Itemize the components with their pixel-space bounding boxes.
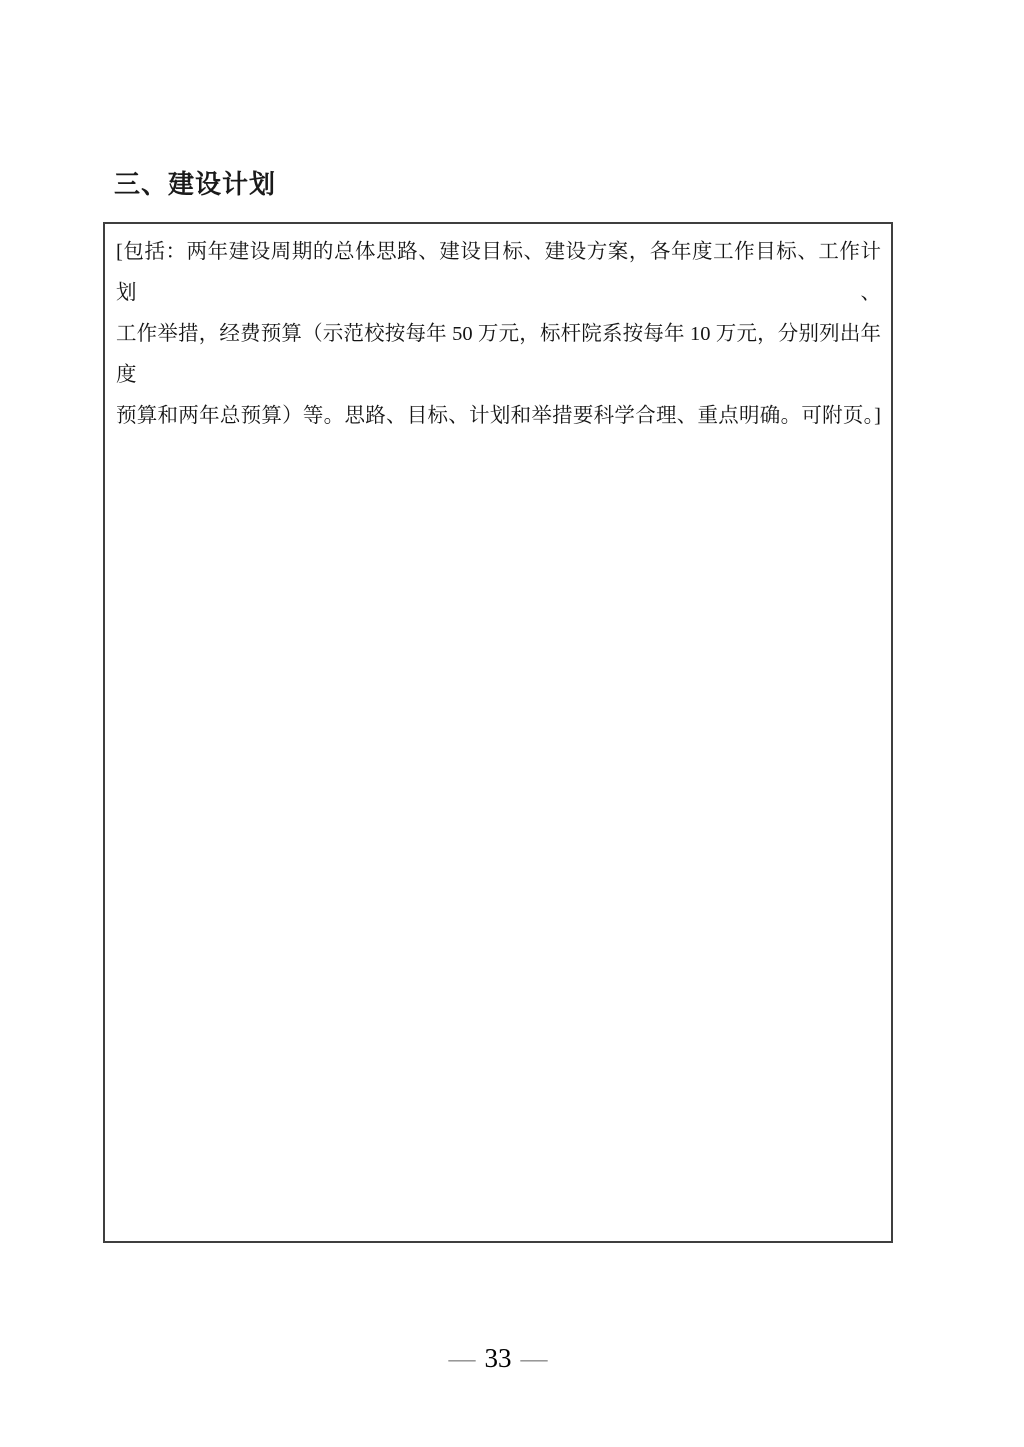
instruction-paragraph: [包括：两年建设周期的总体思路、建设目标、建设方案，各年度工作目标、工作计划、 … [105,224,891,437]
document-page: { "heading": "三、建设计划", "box": { "lines":… [0,0,1024,1447]
section-heading: 三、建设计划 [114,164,276,201]
page-footer: —33— [103,1343,893,1374]
instruction-line-1: [包括：两年建设周期的总体思路、建设目标、建设方案，各年度工作目标、工作计划、 [116,232,881,314]
footer-dash-left: — [440,1343,485,1373]
footer-dash-right: — [512,1343,557,1373]
instruction-line-2: 工作举措，经费预算（示范校按每年 50 万元，标杆院系按每年 10 万元，分别列… [116,314,881,396]
instruction-line-3: 预算和两年总预算）等。思路、目标、计划和举措要科学合理、重点明确。可附页。] [116,396,881,437]
page-number: 33 [485,1343,512,1373]
plan-content-box: [包括：两年建设周期的总体思路、建设目标、建设方案，各年度工作目标、工作计划、 … [103,222,893,1243]
